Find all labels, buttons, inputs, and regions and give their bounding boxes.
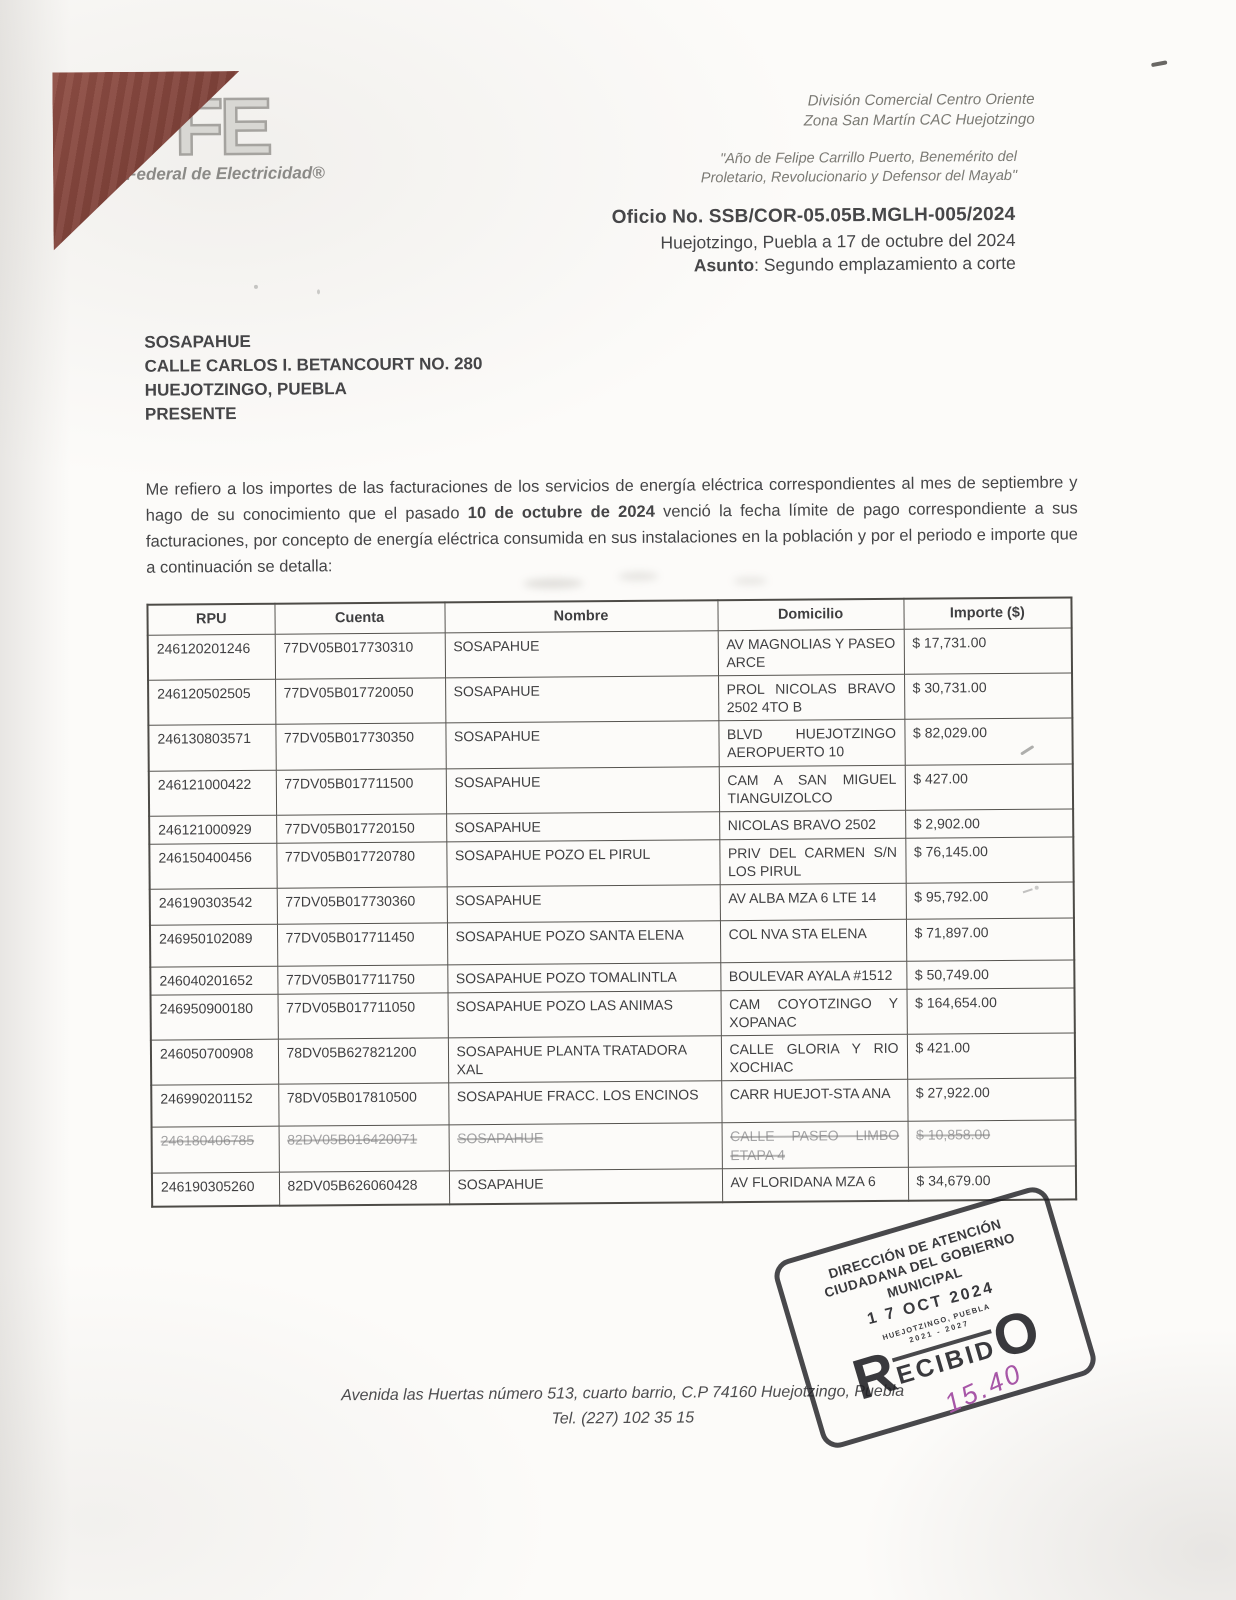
cell-domicilio: CARR HUEJOT-STA ANA — [721, 1080, 907, 1123]
scan-artifact-dash — [1151, 60, 1167, 67]
cell-rpu: 246990201152 — [151, 1085, 278, 1128]
cell-rpu: 246050700908 — [151, 1039, 278, 1085]
cell-domicilio: AV FLORIDANA MZA 6 — [722, 1167, 908, 1202]
table-row: 246180406785 82DV05B016420071 SOSAPAHUE … — [152, 1120, 1076, 1173]
cell-rpu: 246190303542 — [150, 889, 277, 926]
cell-domicilio: BLVD HUEJOTZINGO AEROPUERTO 10 — [718, 720, 904, 767]
cell-importe: $ 17,731.00 — [904, 627, 1072, 674]
table-row: 246950102089 77DV05B017711450 SOSAPAHUE … — [150, 918, 1074, 967]
cell-rpu: 246950900180 — [151, 994, 278, 1040]
table-row: 246121000422 77DV05B017711500 SOSAPAHUE … — [149, 764, 1073, 817]
cell-cuenta: 77DV05B017711500 — [276, 768, 446, 815]
billing-table-body: 246120201246 77DV05B017730310 SOSAPAHUE … — [148, 627, 1076, 1206]
addressee-name: SOSAPAHUE — [144, 328, 482, 355]
cell-importe: $ 71,897.00 — [906, 918, 1074, 961]
cell-nombre: SOSAPAHUE PLANTA TRATADORA XAL — [448, 1036, 721, 1084]
cell-cuenta: 77DV05B017711450 — [277, 923, 447, 966]
cell-importe: $ 30,731.00 — [904, 673, 1072, 720]
cell-importe: $ 421.00 — [907, 1033, 1075, 1080]
cell-nombre: SOSAPAHUE POZO LAS ANIMAS — [448, 990, 721, 1038]
scanned-letter-page: FE Federal de Electricidad® División Com… — [0, 0, 1236, 1600]
division-header: División Comercial Centro Oriente Zona S… — [803, 90, 1034, 131]
division-line2: Zona San Martín CAC Huejotzingo — [804, 109, 1035, 130]
cell-nombre: SOSAPAHUE POZO SANTA ELENA — [447, 921, 720, 965]
cell-importe: $ 10,858.00 — [908, 1120, 1076, 1167]
table-row: 246120502505 77DV05B017720050 SOSAPAHUE … — [148, 673, 1072, 726]
cell-domicilio: PROL NICOLAS BRAVO 2502 4TO B — [718, 674, 904, 721]
cell-nombre: SOSAPAHUE — [447, 885, 720, 923]
cell-domicilio: CALLE PASEO LIMBO ETAPA 4 — [722, 1122, 908, 1169]
document-content: FE Federal de Electricidad® División Com… — [0, 0, 1236, 1600]
motto-line1: "Año de Felipe Carrillo Puerto, Beneméri… — [701, 148, 1017, 169]
body-paragraph: Me refiero a los importes de las factura… — [145, 469, 1078, 581]
oficio-place-date: Huejotzingo, Puebla a 17 de octubre del … — [612, 229, 1016, 255]
motto-line2: Proletario, Revolucionario y Defensor de… — [701, 167, 1017, 188]
cell-domicilio: BOULEVAR AYALA #1512 — [720, 962, 906, 991]
cell-cuenta: 77DV05B017720150 — [276, 814, 446, 843]
cell-cuenta: 82DV05B626060428 — [279, 1171, 449, 1206]
cfe-logo-caption: Federal de Electricidad® — [126, 163, 325, 185]
cell-cuenta: 78DV05B017810500 — [278, 1083, 448, 1126]
cell-rpu: 246950102089 — [150, 925, 277, 968]
cell-domicilio: CAM COYOTZINGO Y XOPANAC — [720, 989, 906, 1036]
table-row: 246150400456 77DV05B017720780 SOSAPAHUE … — [149, 837, 1073, 890]
cell-domicilio: CALLE GLORIA Y RIO XOCHIAC — [721, 1034, 907, 1081]
table-row: 246990201152 78DV05B017810500 SOSAPAHUE … — [151, 1078, 1075, 1127]
oficio-number: Oficio No. SSB/COR-05.05B.MGLH-005/2024 — [612, 202, 1016, 230]
scan-speck — [254, 285, 258, 289]
cell-rpu: 246120201246 — [148, 634, 275, 680]
cell-domicilio: AV ALBA MZA 6 LTE 14 — [720, 884, 906, 921]
cell-cuenta: 82DV05B016420071 — [279, 1125, 449, 1172]
scan-smudge — [523, 578, 583, 588]
cell-rpu: 246121000422 — [149, 770, 276, 816]
cell-importe: $ 50,749.00 — [906, 960, 1074, 989]
col-header-nombre: Nombre — [444, 600, 717, 632]
cell-rpu: 246150400456 — [149, 843, 276, 889]
division-line1: División Comercial Centro Oriente — [803, 90, 1034, 111]
cell-cuenta: 77DV05B017730360 — [277, 887, 447, 924]
subject-text: : Segundo emplazamiento a corte — [754, 253, 1016, 275]
cell-nombre: SOSAPAHUE FRACC. LOS ENCINOS — [448, 1081, 721, 1125]
addressee-block: SOSAPAHUE CALLE CARLOS I. BETANCOURT NO.… — [144, 328, 483, 427]
col-header-cuenta: Cuenta — [274, 602, 444, 633]
cell-nombre: SOSAPAHUE — [445, 676, 718, 724]
cell-rpu: 246120502505 — [148, 679, 275, 725]
table-row: 246190305260 82DV05B626060428 SOSAPAHUE … — [152, 1166, 1076, 1207]
cell-importe: $ 76,145.00 — [905, 837, 1073, 884]
cell-cuenta: 78DV05B627821200 — [278, 1038, 448, 1085]
table-row: 246950900180 77DV05B017711050 SOSAPAHUE … — [151, 987, 1075, 1040]
cell-domicilio: AV MAGNOLIAS Y PASEO ARCE — [718, 629, 904, 676]
oficio-subject: Asunto: Segundo emplazamiento a corte — [612, 252, 1016, 278]
cell-importe: $ 27,922.00 — [907, 1078, 1075, 1121]
cell-importe: $ 2,902.00 — [905, 809, 1073, 838]
cell-nombre: SOSAPAHUE — [446, 812, 719, 842]
table-row: 246130803571 77DV05B017730350 SOSAPAHUE … — [148, 718, 1072, 771]
cell-importe: $ 427.00 — [905, 764, 1073, 811]
cell-rpu: 246190305260 — [152, 1172, 279, 1207]
col-header-rpu: RPU — [147, 604, 274, 635]
cell-importe: $ 95,792.00 — [906, 882, 1074, 919]
scan-smudge — [733, 577, 767, 585]
subject-label: Asunto — [694, 255, 754, 275]
cell-nombre: SOSAPAHUE — [449, 1168, 722, 1204]
addressee-city: HUEJOTZINGO, PUEBLA — [145, 376, 483, 403]
cell-domicilio: NICOLAS BRAVO 2502 — [719, 810, 905, 839]
cell-nombre: SOSAPAHUE POZO TOMALINTLA — [447, 963, 720, 992]
cell-cuenta: 77DV05B017730350 — [275, 723, 445, 770]
cell-rpu: 246121000929 — [149, 815, 276, 844]
cell-domicilio: CAM A SAN MIGUEL TIANGUIZOLCO — [719, 765, 905, 812]
cell-cuenta: 77DV05B017711750 — [277, 965, 447, 994]
col-header-importe: Importe ($) — [903, 597, 1071, 628]
addressee-street: CALLE CARLOS I. BETANCOURT NO. 280 — [144, 352, 482, 379]
col-header-domicilio: Domicilio — [717, 599, 903, 630]
cell-importe: $ 164,654.00 — [906, 987, 1074, 1034]
table-row: 246050700908 78DV05B627821200 SOSAPAHUE … — [151, 1033, 1075, 1086]
addressee-presente: PRESENTE — [145, 400, 483, 427]
cell-rpu: 246040201652 — [150, 967, 277, 995]
billing-table: RPU Cuenta Nombre Domicilio Importe ($) … — [146, 596, 1077, 1207]
scan-speck — [317, 289, 320, 294]
cell-cuenta: 77DV05B017730310 — [275, 632, 445, 679]
cell-domicilio: COL NVA STA ELENA — [720, 920, 906, 963]
cell-cuenta: 77DV05B017720780 — [276, 842, 446, 889]
cell-nombre: SOSAPAHUE — [445, 721, 718, 769]
cell-importe: $ 82,029.00 — [904, 718, 1072, 765]
cell-domicilio: PRIV DEL CARMEN S/N LOS PIRUL — [719, 838, 905, 885]
table-row: 246120201246 77DV05B017730310 SOSAPAHUE … — [148, 627, 1072, 680]
pen-tick-mark — [1035, 886, 1039, 890]
body-due-date: 10 de octubre de 2024 — [468, 502, 655, 521]
cell-importe: $ 34,679.00 — [908, 1166, 1076, 1201]
cell-cuenta: 77DV05B017720050 — [275, 678, 445, 725]
cell-nombre: SOSAPAHUE POZO EL PIRUL — [446, 840, 719, 888]
annual-motto: "Año de Felipe Carrillo Puerto, Beneméri… — [701, 148, 1018, 188]
scan-smudge — [618, 572, 658, 581]
cell-cuenta: 77DV05B017711050 — [278, 992, 448, 1039]
oficio-block: Oficio No. SSB/COR-05.05B.MGLH-005/2024 … — [612, 202, 1016, 278]
cell-rpu: 246130803571 — [148, 724, 275, 770]
cell-nombre: SOSAPAHUE — [449, 1123, 722, 1171]
cell-nombre: SOSAPAHUE — [445, 630, 718, 678]
cell-rpu: 246180406785 — [152, 1127, 279, 1173]
cell-nombre: SOSAPAHUE — [446, 766, 719, 814]
